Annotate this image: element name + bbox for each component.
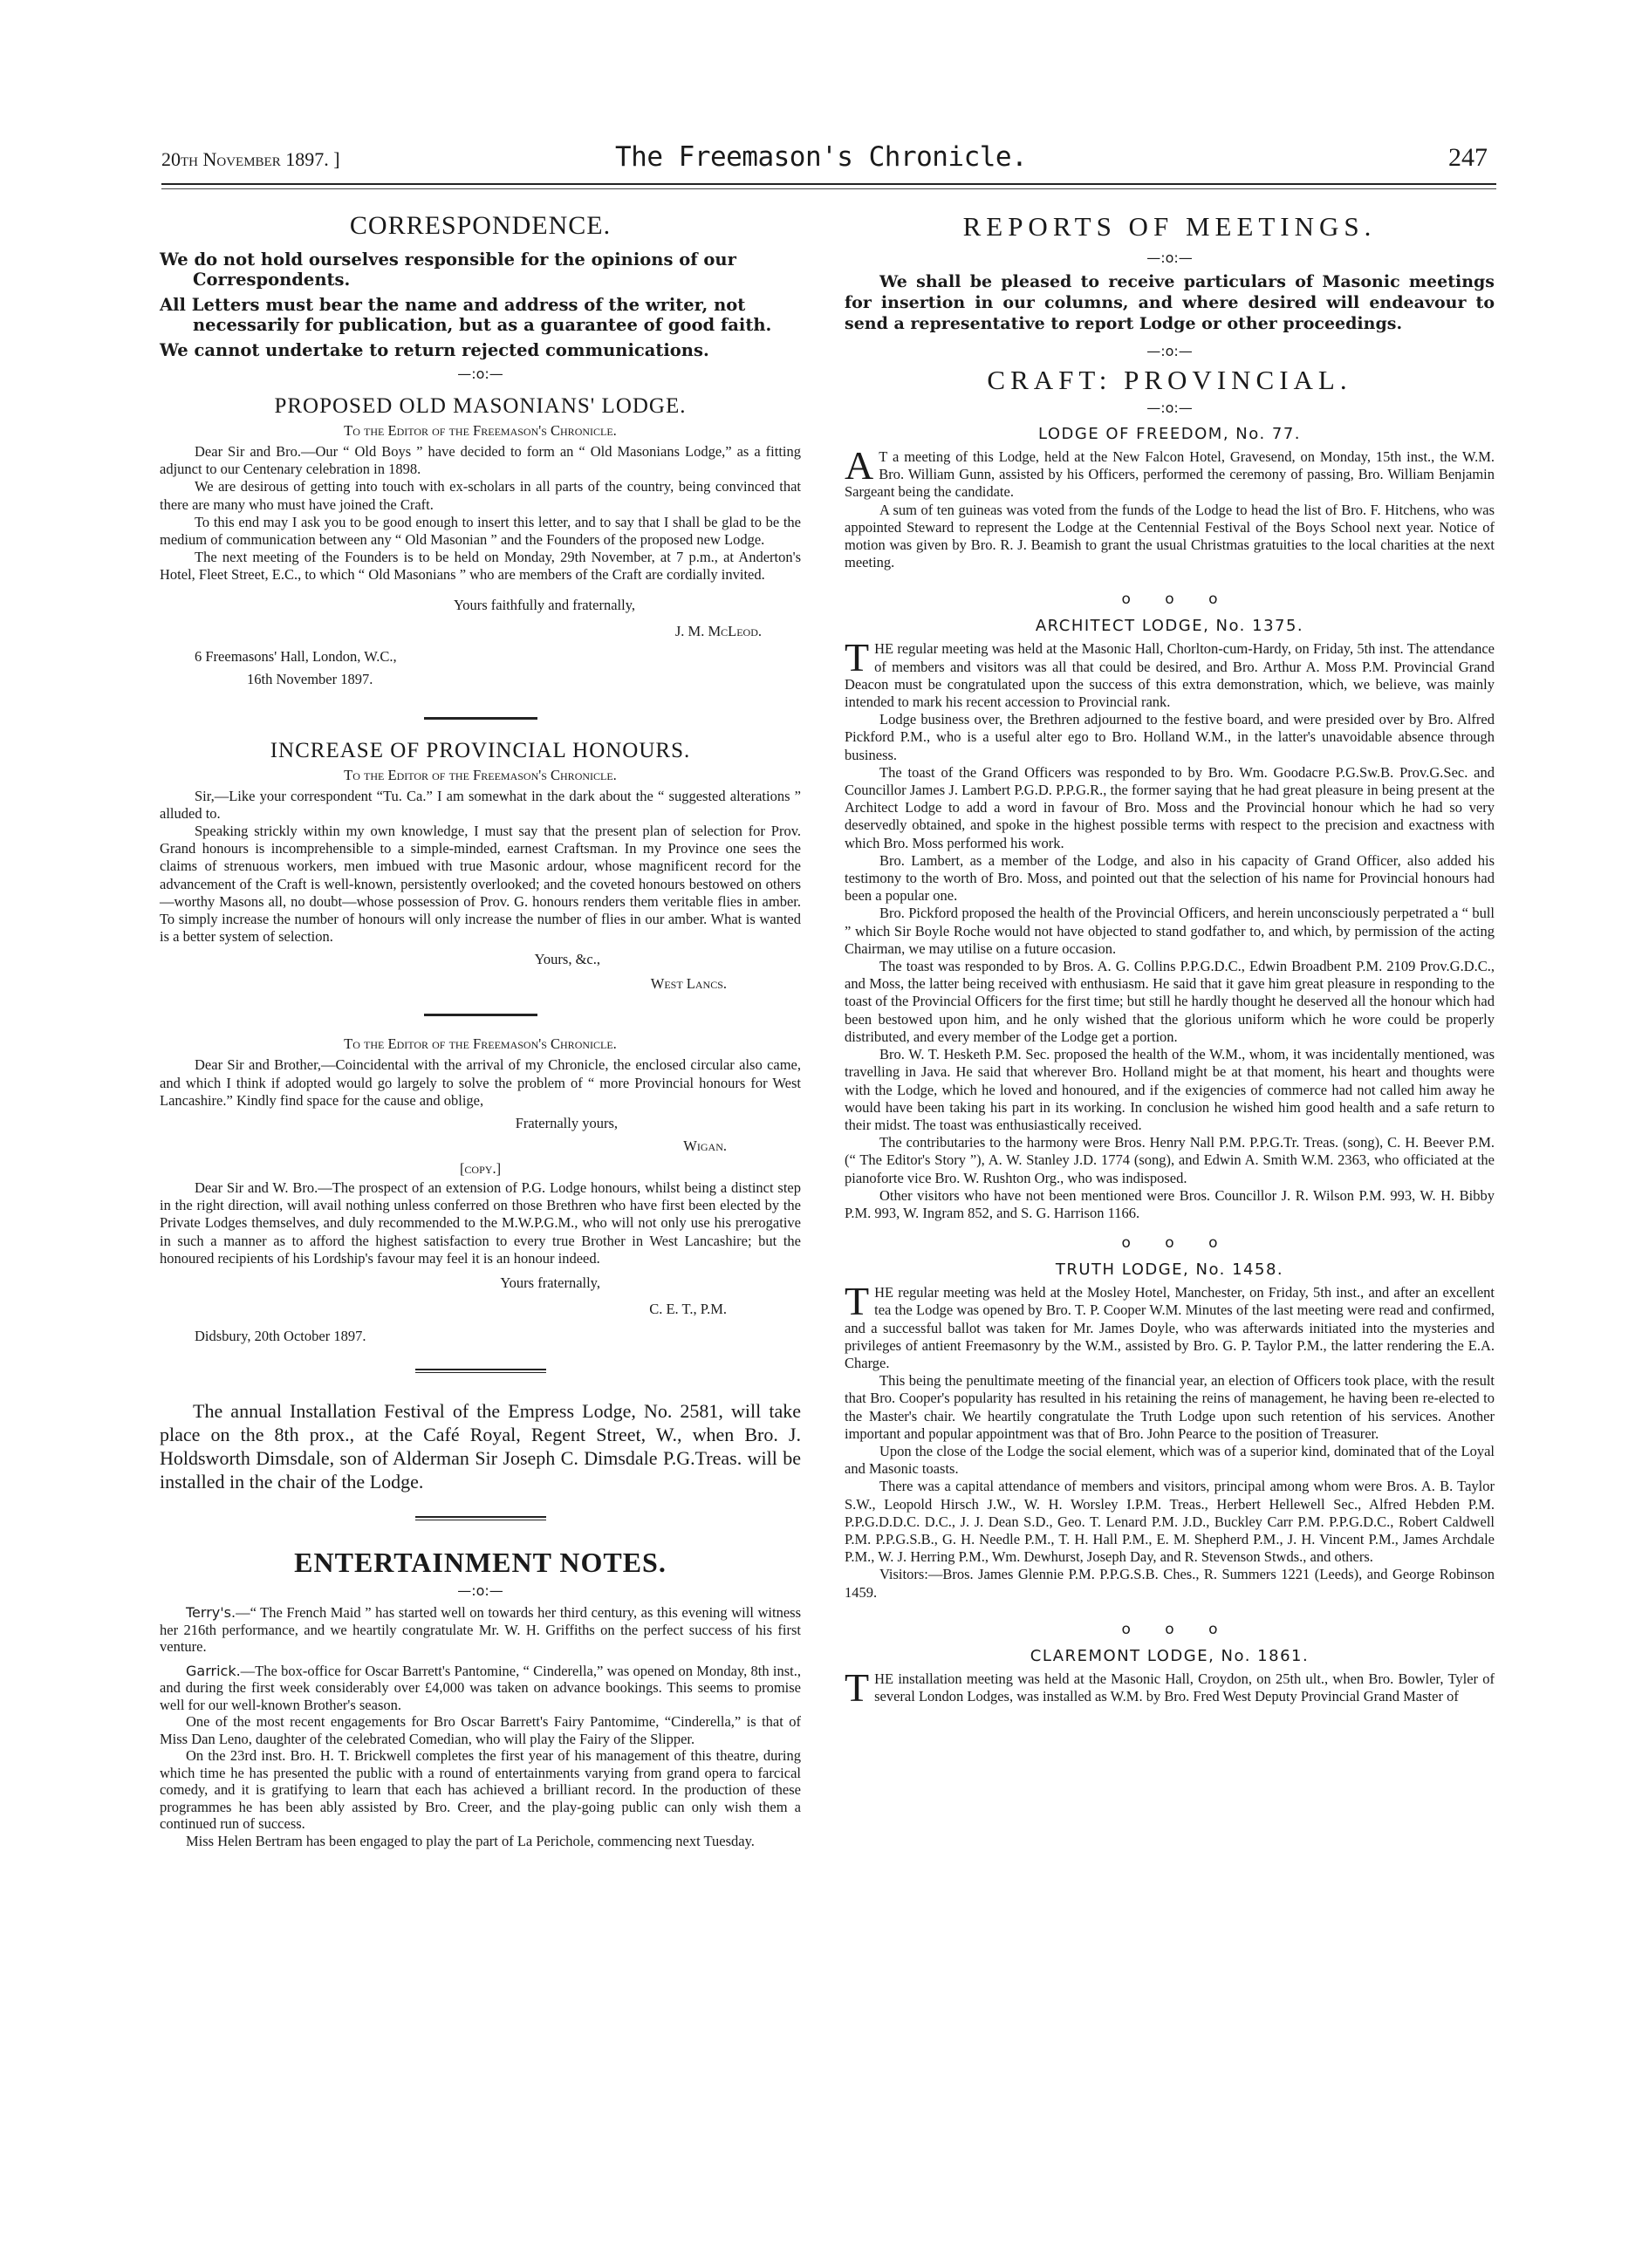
copy-closing: Yours fraternally, bbox=[160, 1274, 801, 1292]
report-paragraph: HE regular meeting was held at the Mason… bbox=[845, 640, 1495, 710]
report-paragraph: A sum of ten guineas was voted from the … bbox=[845, 502, 1495, 572]
report-paragraph: The contributaries to the harmony were B… bbox=[845, 1134, 1495, 1187]
report-paragraph: Other visitors who have not been mention… bbox=[845, 1187, 1495, 1222]
letter-title: INCREASE OF PROVINCIAL HONOURS. bbox=[160, 739, 801, 763]
report-paragraph: HE installation meeting was held at the … bbox=[874, 1670, 1495, 1704]
page-header: 20th November 1897. ] The Freemason's Ch… bbox=[161, 140, 1496, 178]
letter-body: Dear Sir and Bro.—Our “ Old Boys ” have … bbox=[160, 443, 801, 584]
to-editor-line: To the Editor of the Freemason's Chronic… bbox=[160, 767, 801, 784]
report-architect-lodge: ARCHITECT LODGE, No. 1375. THE regular m… bbox=[845, 617, 1495, 1222]
header-rule bbox=[161, 183, 1496, 189]
item-text: Miss Helen Bertram has been engaged to p… bbox=[160, 1833, 801, 1850]
drop-cap: T bbox=[845, 1286, 869, 1317]
venue-name: Garrick. bbox=[186, 1663, 241, 1679]
to-editor-line: To the Editor of the Freemason's Chronic… bbox=[160, 1035, 801, 1053]
lodge-title: ARCHITECT LODGE, No. 1375. bbox=[845, 617, 1495, 635]
issue-date: 20th November 1897. ] bbox=[161, 148, 340, 171]
address-line: 6 Freemasons' Hall, London, W.C., bbox=[195, 646, 801, 668]
lodge-title: LODGE OF FREEDOM, No. 77. bbox=[845, 425, 1495, 443]
section-rule bbox=[415, 1369, 546, 1373]
copy-paragraph: Dear Sir and W. Bro.—The prospect of an … bbox=[160, 1179, 801, 1267]
left-column: CORRESPONDENCE. We do not hold ourselves… bbox=[160, 209, 801, 1856]
report-paragraph: Bro. W. T. Hesketh P.M. Sec. proposed th… bbox=[845, 1046, 1495, 1134]
section-rule bbox=[424, 1014, 537, 1016]
divider: —:o:— bbox=[845, 249, 1495, 266]
drop-cap: T bbox=[845, 1672, 869, 1704]
letter-body: Dear Sir and Brother,—Coincidental with … bbox=[160, 1056, 801, 1110]
reports-title: REPORTS OF MEETINGS. bbox=[845, 211, 1495, 243]
copy-label: [copy.] bbox=[160, 1160, 801, 1178]
letter-paragraph: To this end may I ask you to be good eno… bbox=[160, 514, 801, 549]
separator: o o o bbox=[845, 591, 1495, 608]
letter-old-masonians: PROPOSED OLD MASONIANS' LODGE. To the Ed… bbox=[160, 394, 801, 691]
report-paragraph: Upon the close of the Lodge the social e… bbox=[845, 1443, 1495, 1478]
to-editor-line: To the Editor of the Freemason's Chronic… bbox=[160, 422, 801, 440]
item-text: —“ The French Maid ” has started well on… bbox=[160, 1604, 801, 1655]
copy-signature: C. E. T., P.M. bbox=[160, 1301, 801, 1318]
separator: o o o bbox=[845, 1621, 1495, 1638]
letter-paragraph: Sir,—Like your correspondent “Tu. Ca.” I… bbox=[160, 788, 801, 823]
reports-notice: We shall be pleased to receive particula… bbox=[845, 271, 1495, 334]
letter-title: PROPOSED OLD MASONIANS' LODGE. bbox=[160, 394, 801, 419]
letter-paragraph: Dear Sir and Bro.—Our “ Old Boys ” have … bbox=[160, 443, 801, 478]
letter-signature: West Lancs. bbox=[160, 975, 801, 993]
report-body: THE installation meeting was held at the… bbox=[845, 1670, 1495, 1705]
letter-closing: Yours, &c., bbox=[160, 951, 801, 968]
letter-closing: Yours faithfully and fraternally, bbox=[160, 597, 801, 614]
letter-paragraph: Speaking strickly within my own knowledg… bbox=[160, 823, 801, 946]
report-body: AT a meeting of this Lodge, held at the … bbox=[845, 448, 1495, 571]
venue-name: Terry's. bbox=[186, 1604, 236, 1621]
section-rule bbox=[415, 1516, 546, 1520]
report-paragraph: There was a capital attendance of member… bbox=[845, 1478, 1495, 1566]
letter-signature: J. M. McLeod. bbox=[160, 623, 801, 640]
correspondence-title: CORRESPONDENCE. bbox=[160, 211, 801, 241]
report-paragraph: Visitors:—Bros. James Glennie P.M. P.P.G… bbox=[845, 1566, 1495, 1601]
copy-body: Dear Sir and W. Bro.—The prospect of an … bbox=[160, 1179, 801, 1267]
entertainment-item-garrick: Garrick.—The box-office for Oscar Barret… bbox=[160, 1663, 801, 1850]
drop-cap: T bbox=[845, 642, 869, 673]
letter-wigan: To the Editor of the Freemason's Chronic… bbox=[160, 1035, 801, 1348]
publication-title: The Freemason's Chronicle. bbox=[615, 141, 1027, 173]
divider: —:o:— bbox=[160, 1582, 801, 1599]
report-truth-lodge: TRUTH LODGE, No. 1458. THE regular meeti… bbox=[845, 1260, 1495, 1602]
letter-closing: Fraternally yours, bbox=[160, 1115, 801, 1132]
report-paragraph: Bro. Pickford proposed the health of the… bbox=[845, 905, 1495, 958]
letter-address: 6 Freemasons' Hall, London, W.C., 16th N… bbox=[160, 646, 801, 691]
report-paragraph: Bro. Lambert, as a member of the Lodge, … bbox=[845, 852, 1495, 905]
announcement-text: The annual Installation Festival of the … bbox=[160, 1399, 801, 1493]
report-paragraph: HE regular meeting was held at the Mosle… bbox=[845, 1284, 1495, 1371]
report-body: THE regular meeting was held at the Maso… bbox=[845, 640, 1495, 1222]
report-lodge-of-freedom: LODGE OF FREEDOM, No. 77. AT a meeting o… bbox=[845, 425, 1495, 571]
empress-lodge-announcement: The annual Installation Festival of the … bbox=[160, 1399, 801, 1493]
letter-paragraph: We are desirous of getting into touch wi… bbox=[160, 478, 801, 513]
report-claremont-lodge: CLAREMONT LODGE, No. 1861. THE installat… bbox=[845, 1647, 1495, 1705]
correspondence-notices: We do not hold ourselves responsible for… bbox=[160, 249, 801, 360]
entertainment-item-terrys: Terry's.—“ The French Maid ” has started… bbox=[160, 1604, 801, 1656]
notice-item: We do not hold ourselves responsible for… bbox=[160, 249, 801, 290]
section-rule bbox=[424, 717, 537, 720]
right-column: REPORTS OF MEETINGS. —:o:— We shall be p… bbox=[845, 209, 1495, 1705]
item-text: —The box-office for Oscar Barrett's Pant… bbox=[160, 1663, 801, 1713]
divider: —:o:— bbox=[845, 343, 1495, 359]
divider: —:o:— bbox=[845, 400, 1495, 416]
page-number: 247 bbox=[1448, 143, 1488, 173]
letter-paragraph: The next meeting of the Founders is to b… bbox=[160, 549, 801, 584]
report-body: THE regular meeting was held at the Mosl… bbox=[845, 1284, 1495, 1602]
report-paragraph: The toast of the Grand Officers was resp… bbox=[845, 764, 1495, 852]
letter-provincial-honours: INCREASE OF PROVINCIAL HONOURS. To the E… bbox=[160, 739, 801, 994]
separator: o o o bbox=[845, 1234, 1495, 1252]
notice-item: All Letters must bear the name and addre… bbox=[160, 295, 801, 335]
item-text: On the 23rd inst. Bro. H. T. Brickwell c… bbox=[160, 1747, 801, 1833]
notice-item: We cannot undertake to return rejected c… bbox=[160, 340, 801, 360]
report-paragraph: This being the penultimate meeting of th… bbox=[845, 1372, 1495, 1443]
report-paragraph: Lodge business over, the Brethren adjour… bbox=[845, 711, 1495, 764]
lodge-title: TRUTH LODGE, No. 1458. bbox=[845, 1260, 1495, 1279]
report-paragraph: The toast was responded to by Bros. A. G… bbox=[845, 958, 1495, 1046]
copy-dateline: Didsbury, 20th October 1897. bbox=[160, 1325, 801, 1348]
letter-signature: Wigan. bbox=[160, 1137, 801, 1155]
item-text: One of the most recent engagements for B… bbox=[160, 1713, 801, 1747]
lodge-title: CLAREMONT LODGE, No. 1861. bbox=[845, 1647, 1495, 1665]
entertainment-title: ENTERTAINMENT NOTES. bbox=[160, 1547, 801, 1579]
report-paragraph: T a meeting of this Lodge, held at the N… bbox=[845, 448, 1495, 500]
letter-body: Sir,—Like your correspondent “Tu. Ca.” I… bbox=[160, 788, 801, 946]
divider: —:o:— bbox=[160, 365, 801, 382]
entertainment-notes: ENTERTAINMENT NOTES. —:o:— Terry's.—“ Th… bbox=[160, 1547, 801, 1849]
craft-provincial-title: CRAFT: PROVINCIAL. bbox=[845, 365, 1495, 396]
drop-cap: A bbox=[845, 450, 873, 482]
letter-paragraph: Dear Sir and Brother,—Coincidental with … bbox=[160, 1056, 801, 1110]
address-date: 16th November 1897. bbox=[195, 668, 801, 691]
